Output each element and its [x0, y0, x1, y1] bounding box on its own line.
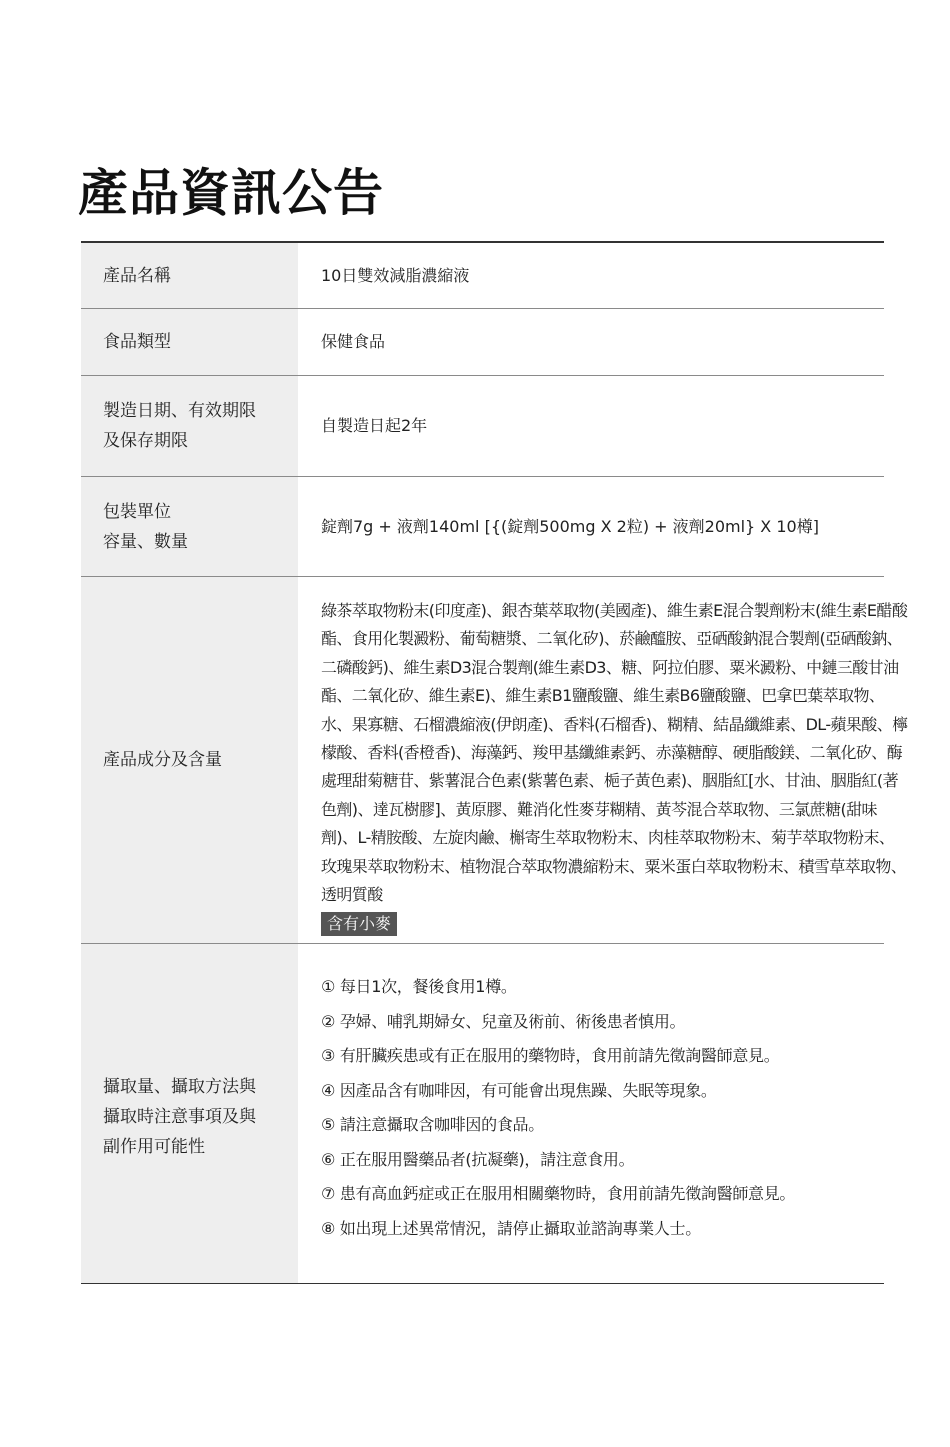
row-label-line: 容量、數量 — [103, 527, 188, 557]
list-item: ④ 因產品含有咖啡因，有可能會出現焦躁、失眠等現象。 — [321, 1074, 884, 1109]
row-label: 產品名稱 — [81, 243, 298, 308]
row-label-line: 攝取量、攝取方法與 — [103, 1072, 256, 1102]
row-label: 製造日期、有效期限 及保存期限 — [81, 376, 298, 476]
row-label: 產品成分及含量 — [81, 577, 298, 943]
table-row-ingredients: 產品成分及含量 綠茶萃取物粉末(印度產)、銀杏葉萃取物(美國產)、維生素E混合製… — [81, 577, 884, 944]
allergen-badge: 含有小麥 — [321, 912, 397, 936]
row-value: 10日雙效減脂濃縮液 — [298, 243, 884, 308]
table-row-food-type: 食品類型 保健食品 — [81, 309, 884, 376]
list-item: ⑥ 正在服用醫藥品者(抗凝藥)，請注意食用。 — [321, 1143, 884, 1178]
row-value: 保健食品 — [298, 309, 884, 375]
list-item: ⑤ 請注意攝取含咖啡因的食品。 — [321, 1108, 884, 1143]
row-label-line: 包裝單位 — [103, 497, 188, 527]
table-row-package: 包裝單位 容量、數量 錠劑7g + 液劑140ml [{(錠劑500mg X 2… — [81, 477, 884, 577]
ingredients-text: 綠茶萃取物粉末(印度產)、銀杏葉萃取物(美國產)、維生素E混合製劑粉末(維生素E… — [321, 597, 908, 909]
list-item: ⑦ 患有高血鈣症或正在服用相關藥物時，食用前請先徵詢醫師意見。 — [321, 1177, 884, 1212]
row-label: 包裝單位 容量、數量 — [81, 477, 298, 576]
row-value: 自製造日起2年 — [298, 376, 884, 476]
page-title: 產品資訊公告 — [78, 160, 384, 226]
row-value: 錠劑7g + 液劑140ml [{(錠劑500mg X 2粒) + 液劑20ml… — [298, 477, 884, 576]
row-label: 食品類型 — [81, 309, 298, 375]
list-item: ② 孕婦、哺乳期婦女、兒童及術前、術後患者慎用。 — [321, 1005, 884, 1040]
row-label: 攝取量、攝取方法與 攝取時注意事項及與 副作用可能性 — [81, 944, 298, 1283]
notice-list: ① 每日1次，餐後食用1樽。 ② 孕婦、哺乳期婦女、兒童及術前、術後患者慎用。 … — [298, 944, 884, 1283]
list-item: ⑧ 如出現上述異常情況，請停止攝取並諮詢專業人士。 — [321, 1212, 884, 1247]
row-label-line: 攝取時注意事項及與 — [103, 1102, 256, 1132]
table-row-expiry: 製造日期、有效期限 及保存期限 自製造日起2年 — [81, 376, 884, 477]
table-row-intake-notice: 攝取量、攝取方法與 攝取時注意事項及與 副作用可能性 ① 每日1次，餐後食用1樽… — [81, 944, 884, 1284]
row-label-line: 製造日期、有效期限 — [103, 396, 256, 426]
row-label-line: 副作用可能性 — [103, 1132, 256, 1162]
list-item: ① 每日1次，餐後食用1樽。 — [321, 970, 884, 1005]
table-row-product-name: 產品名稱 10日雙效減脂濃縮液 — [81, 243, 884, 309]
list-item: ③ 有肝臟疾患或有正在服用的藥物時，食用前請先徵詢醫師意見。 — [321, 1039, 884, 1074]
product-info-table: 產品名稱 10日雙效減脂濃縮液 食品類型 保健食品 製造日期、有效期限 及保存期… — [81, 241, 884, 1284]
row-label-line: 及保存期限 — [103, 426, 256, 456]
row-value: 綠茶萃取物粉末(印度產)、銀杏葉萃取物(美國產)、維生素E混合製劑粉末(維生素E… — [298, 577, 908, 943]
